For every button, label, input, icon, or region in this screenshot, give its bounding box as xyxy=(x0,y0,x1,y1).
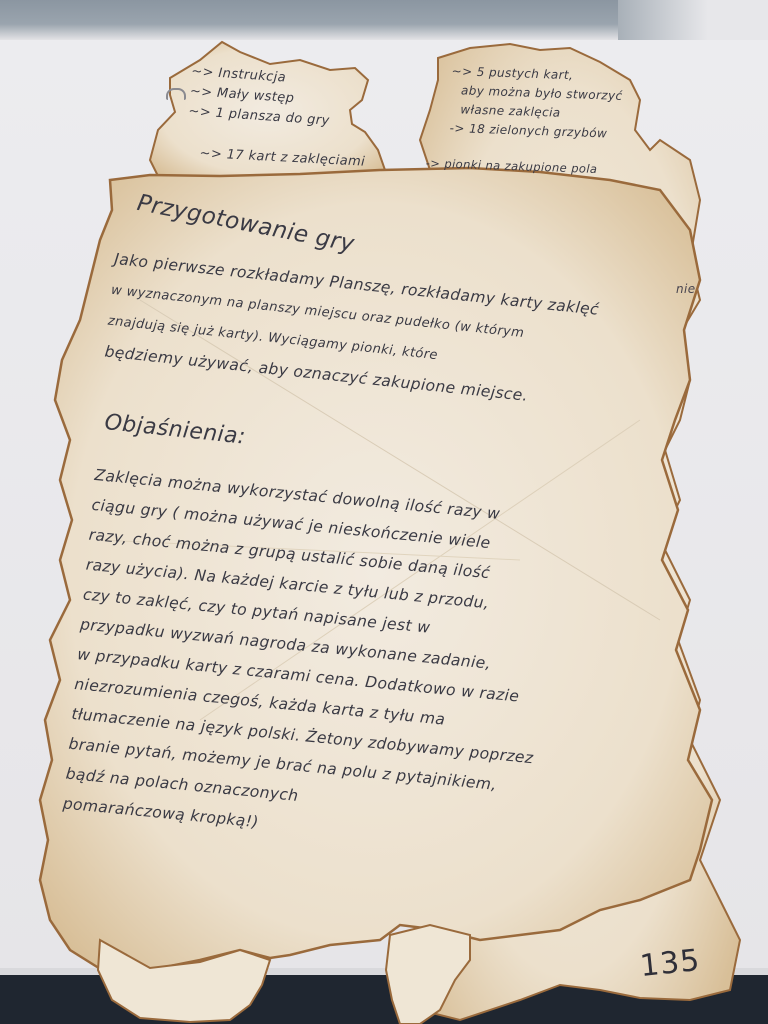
page-number: 135 xyxy=(638,943,702,984)
parchment-sheet: ~> Instrukcja ~> Mały wstęp ~> 1 plansza… xyxy=(0,0,768,1024)
explanations-paragraph: Zaklęcia można wykorzystać dowolną ilość… xyxy=(61,460,557,863)
contents-list-left: ~> Instrukcja ~> Mały wstęp ~> 1 plansza… xyxy=(188,62,333,132)
contents-list-right: ~> 5 pustych kart, aby można było stworz… xyxy=(449,62,623,144)
pin-icon xyxy=(166,88,186,100)
margin-note: nie xyxy=(676,282,696,296)
